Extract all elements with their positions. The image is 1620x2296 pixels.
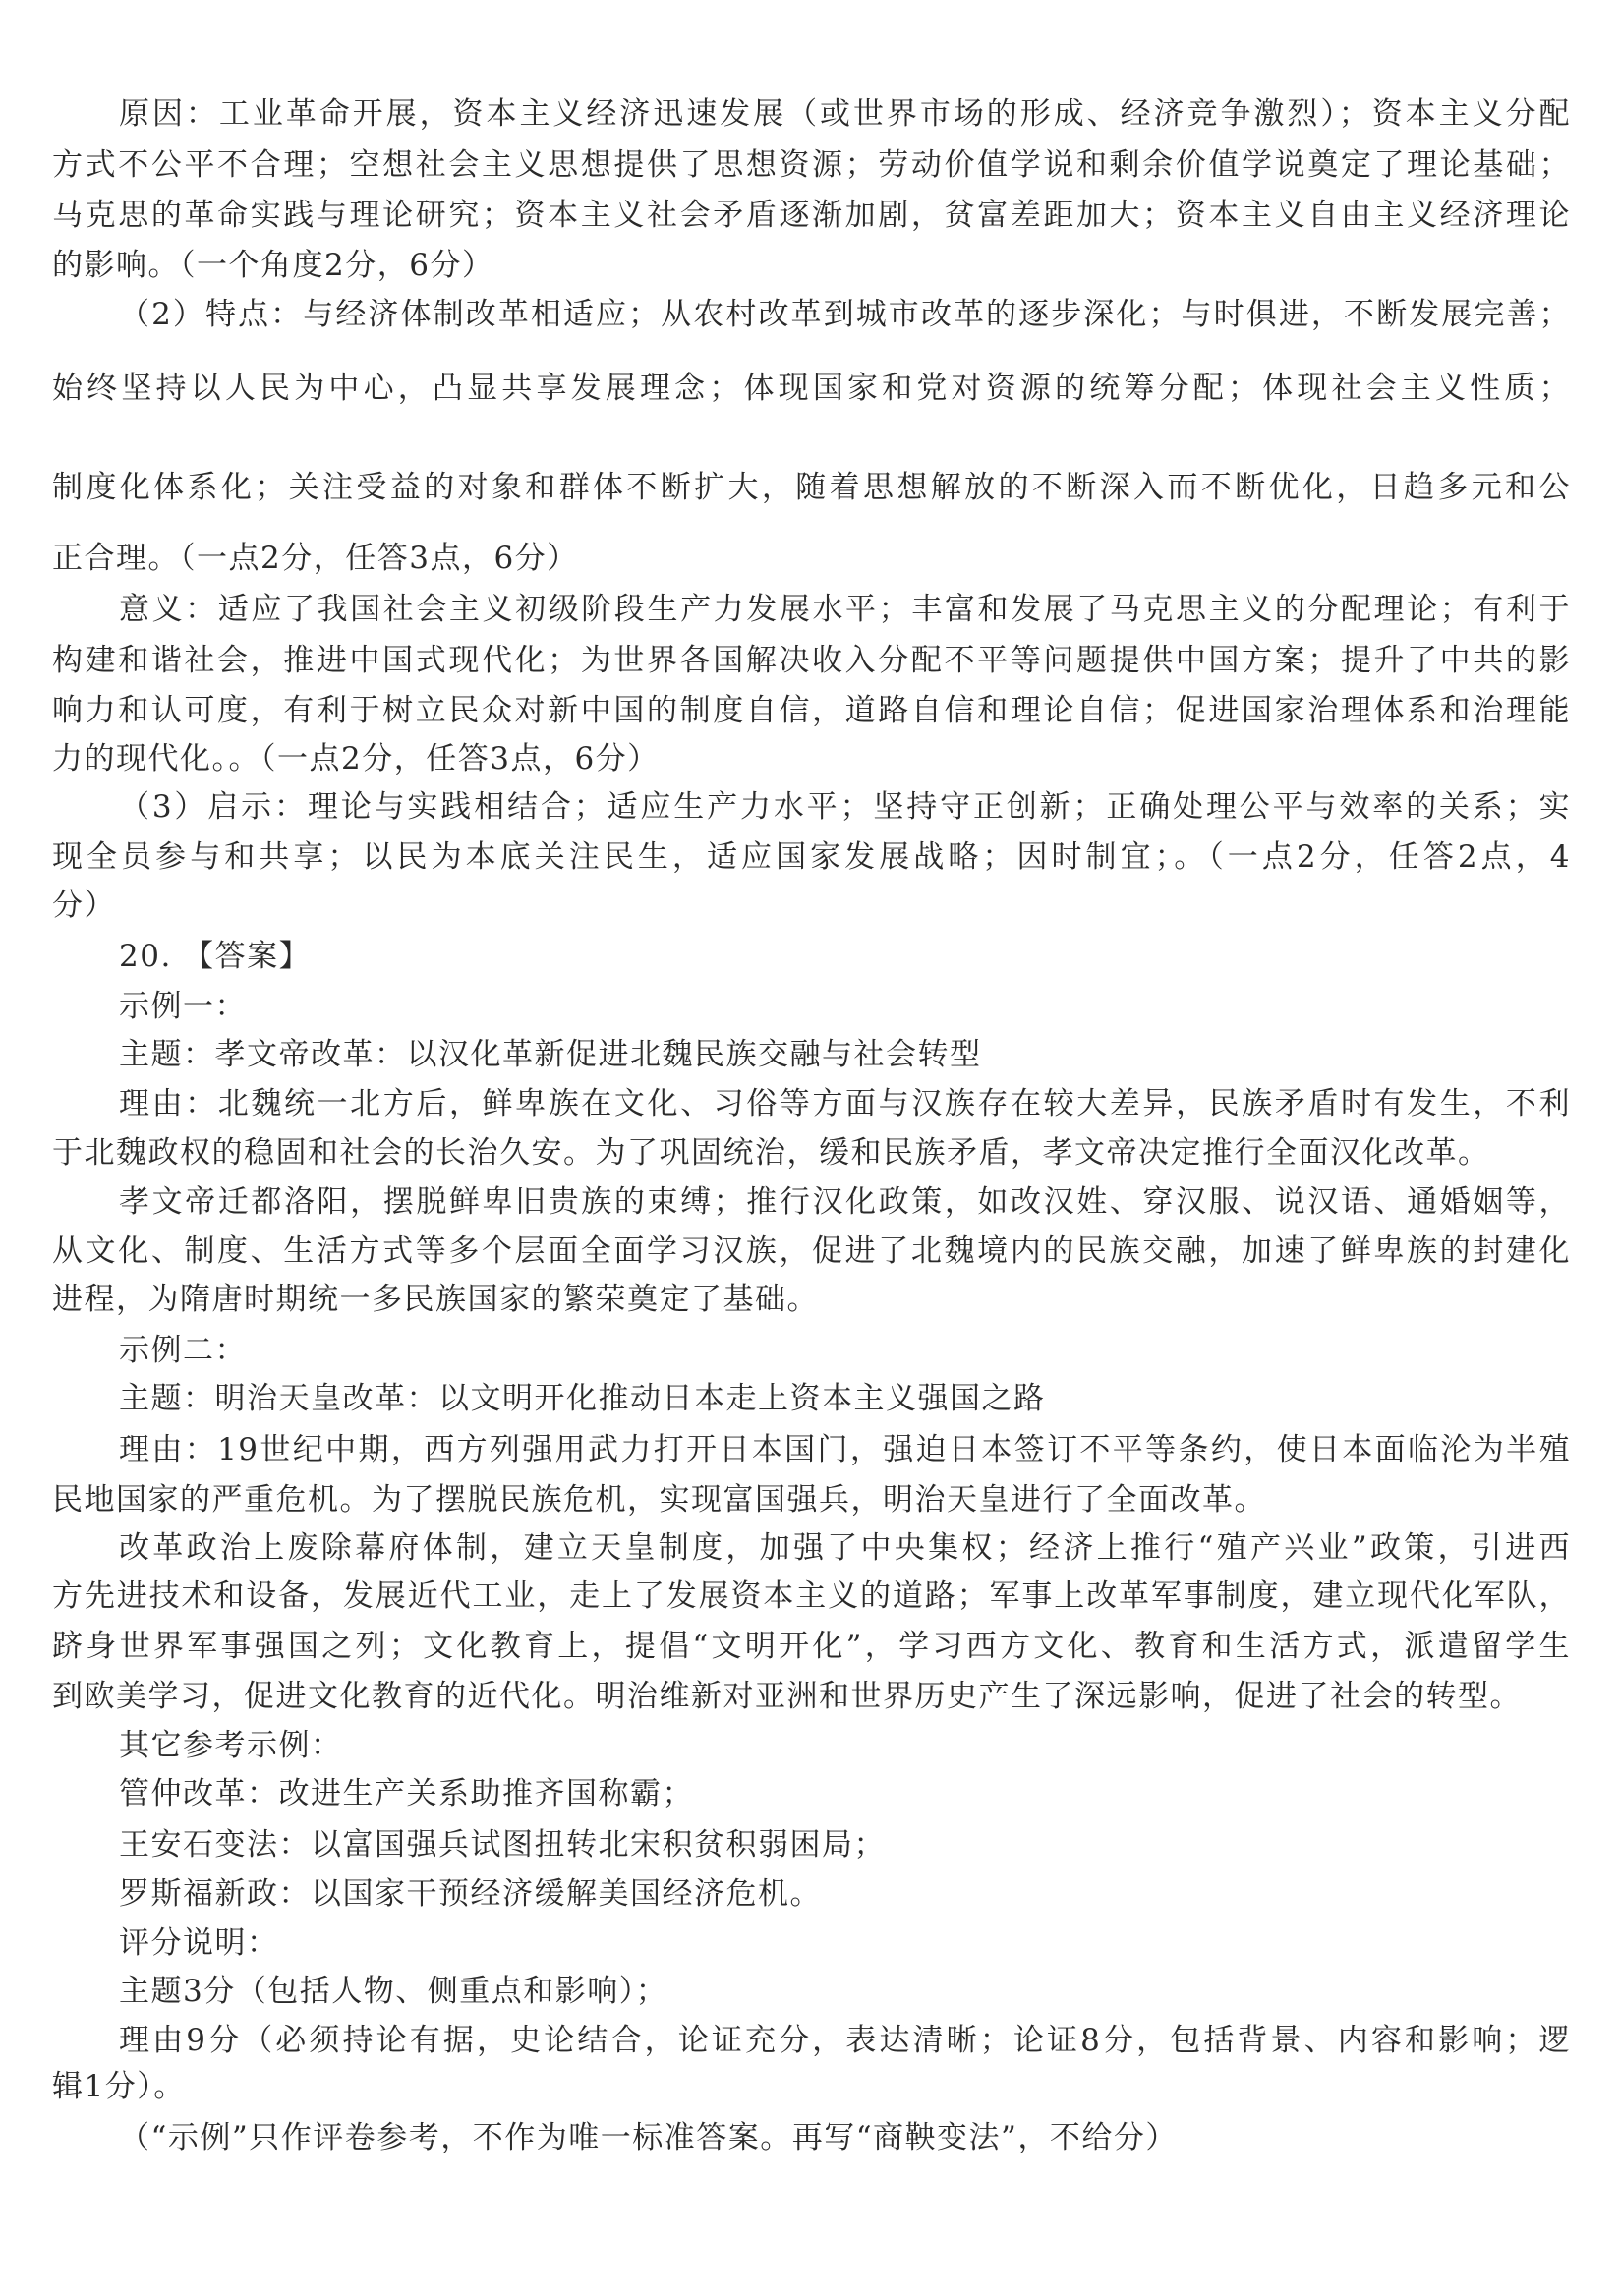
text-line: 辑1分）。 xyxy=(52,2067,1571,2106)
text-line: 从文化、制度、生活方式等多个层面全面学习汉族，促进了北魏境内的民族交融，加速了鲜… xyxy=(52,1232,1571,1271)
text-line: 主题3分（包括人物、侧重点和影响）； xyxy=(52,1972,1571,2011)
text-line: 方先进技术和设备，发展近代工业，走上了发展资本主义的道路；军事上改革军事制度，建… xyxy=(52,1577,1571,1616)
text-line: 于北魏政权的稳固和社会的长治久安。为了巩固统治，缓和民族矛盾，孝文帝决定推行全面… xyxy=(52,1133,1571,1173)
text-line: 到欧美学习，促进文化教育的近代化。明治维新对亚洲和世界历史产生了深远影响，促进了… xyxy=(52,1677,1571,1716)
text-line: 罗斯福新政：以国家干预经济缓解美国经济危机。 xyxy=(52,1874,1571,1914)
text-line: 示例二： xyxy=(52,1331,1571,1370)
text-line: 主题：孝文帝改革：以汉化革新促进北魏民族交融与社会转型 xyxy=(52,1035,1571,1074)
text-line: 现全员参与和共享；以民为本底关注民生，适应国家发展战略；因时制宜；。（一点2分，… xyxy=(52,837,1571,877)
text-line: 正合理。（一点2分，任答3点，6分） xyxy=(52,539,1571,578)
text-line: 构建和谐社会，推进中国式现代化；为世界各国解决收入分配不平等问题提供中国方案；提… xyxy=(52,641,1571,680)
text-line: 理由：北魏统一北方后，鲜卑族在文化、习俗等方面与汉族存在较大差异，民族矛盾时有发… xyxy=(52,1084,1571,1123)
text-line: 方式不公平不合理；空想社会主义思想提供了思想资源；劳动价值学说和剩余价值学说奠定… xyxy=(52,145,1571,185)
text-line: 理由：19世纪中期，西方列强用武力打开日本国门，强迫日本签订不平等条约，使日本面… xyxy=(52,1430,1571,1469)
text-line: 改革政治上废除幕府体制，建立天皇制度，加强了中央集权；经济上推行“殖产兴业”政策… xyxy=(52,1528,1571,1568)
text-line: 制度化体系化；关注受益的对象和群体不断扩大，随着思想解放的不断深入而不断优化，日… xyxy=(52,468,1571,507)
text-line: 王安石变法：以富国强兵试图扭转北宋积贫积弱困局； xyxy=(52,1825,1571,1865)
text-line: 示例一： xyxy=(52,987,1571,1026)
text-line: 进程，为隋唐时期统一多民族国家的繁荣奠定了基础。 xyxy=(52,1280,1571,1319)
text-line: 响力和认可度，有利于树立民众对新中国的制度自信，道路自信和理论自信；促进国家治理… xyxy=(52,691,1571,730)
text-line: 原因：工业革命开展，资本主义经济迅速发展（或世界市场的形成、经济竞争激烈）；资本… xyxy=(52,94,1571,134)
text-line: 其它参考示例： xyxy=(52,1726,1571,1765)
text-line: 评分说明： xyxy=(52,1923,1571,1963)
text-line: 主题：明治天皇改革：以文明开化推动日本走上资本主义强国之路 xyxy=(52,1379,1571,1418)
text-line: 意义：适应了我国社会主义初级阶段生产力发展水平；丰富和发展了马克思主义的分配理论… xyxy=(52,590,1571,629)
text-line: 始终坚持以人民为中心，凸显共享发展理念；体现国家和党对资源的统筹分配；体现社会主… xyxy=(52,369,1571,408)
text-line: 马克思的革命实践与理论研究；资本主义社会矛盾逐渐加剧，贫富差距加大；资本主义自由… xyxy=(52,196,1571,235)
text-line: 跻身世界军事强国之列；文化教育上，提倡“文明开化”，学习西方文化、教育和生活方式… xyxy=(52,1627,1571,1666)
text-line: 的影响。（一个角度2分，6分） xyxy=(52,246,1571,285)
text-line: 20. 【答案】 xyxy=(52,937,1571,976)
text-line: 分） xyxy=(52,886,1571,925)
text-line: 理由9分（必须持论有据，史论结合，论证充分，表达清晰；论证8分，包括背景、内容和… xyxy=(52,2021,1571,2060)
text-line: （3）启示：理论与实践相结合；适应生产力水平；坚持守正创新；正确处理公平与效率的… xyxy=(52,787,1571,827)
text-line: 孝文帝迁都洛阳，摆脱鲜卑旧贵族的束缚；推行汉化政策，如改汉姓、穿汉服、说汉语、通… xyxy=(52,1182,1571,1222)
text-line: （2）特点：与经济体制改革相适应；从农村改革到城市改革的逐步深化；与时俱进，不断… xyxy=(52,295,1571,334)
text-line: 力的现代化。。（一点2分，任答3点，6分） xyxy=(52,739,1571,778)
text-line: （“示例”只作评卷参考，不作为唯一标准答案。再写“商鞅变法”，不给分） xyxy=(52,2118,1571,2157)
text-line: 民地国家的严重危机。为了摆脱民族危机，实现富国强兵，明治天皇进行了全面改革。 xyxy=(52,1480,1571,1520)
text-line: 管仲改革：改进生产关系助推齐国称霸； xyxy=(52,1774,1571,1813)
